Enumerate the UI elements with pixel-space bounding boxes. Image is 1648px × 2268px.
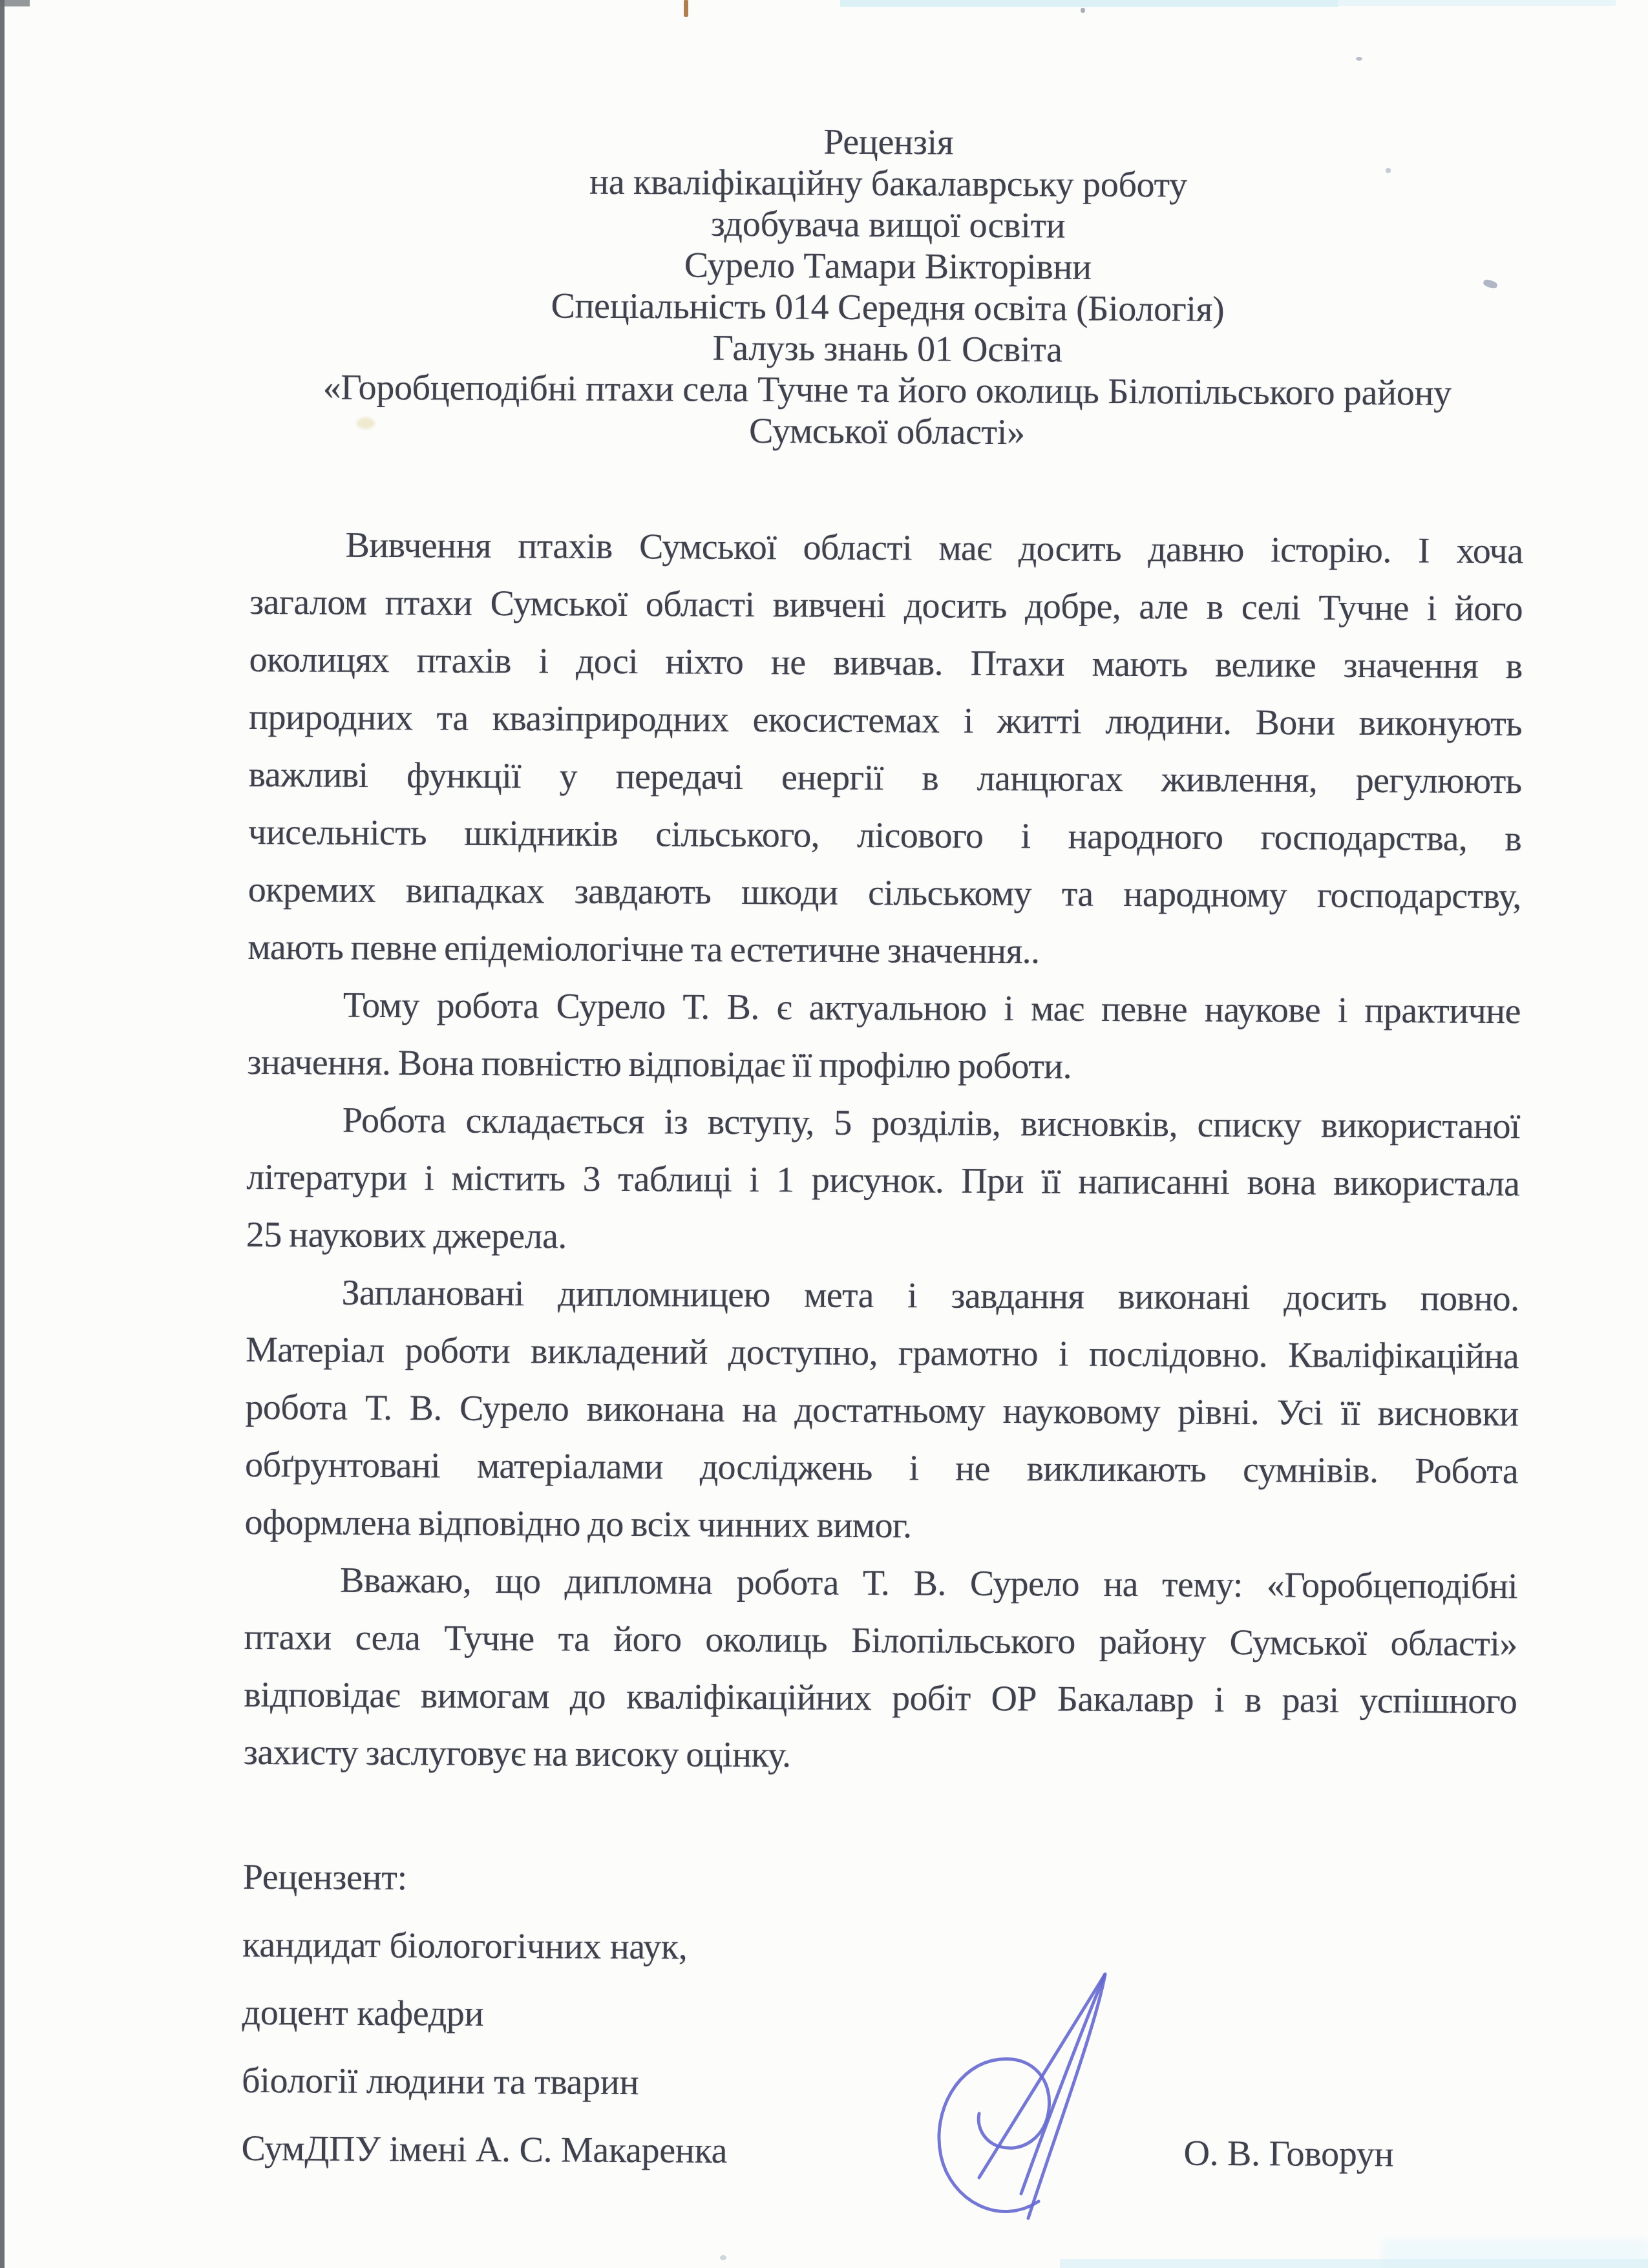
document-title-block: Рецензія на кваліфікаційну бакалаврську … <box>250 118 1525 456</box>
paragraph: Робота складається із вступу, 5 розділів… <box>246 1091 1520 1270</box>
title-line: Рецензія <box>252 118 1525 166</box>
text-line: значення. Вона повністю відповідає її пр… <box>247 1034 1520 1098</box>
text-line: Вважаю, що дипломна робота Т. В. Сурело … <box>244 1551 1517 1615</box>
text-line: Вивчення птахів Сумської області має дос… <box>249 516 1523 580</box>
text-line: птахи села Тучне та його околиць Білопіл… <box>244 1609 1517 1673</box>
scanner-band-top-2 <box>1338 0 1616 6</box>
scan-corner-mark <box>0 0 30 6</box>
text-line: важливі функції у передачі енергії в лан… <box>248 746 1521 810</box>
reviewer-university: СумДПУ імені А. С. Макаренка <box>241 2128 727 2171</box>
reviewer-position: доцент кафедри <box>242 1979 1516 2053</box>
text-line: чисельність шкідників сільського, лісово… <box>248 804 1521 868</box>
signature-block: Рецензент: кандидат біологогічних наук, … <box>241 1843 1516 2189</box>
paragraph: Тому робота Сурело Т. В. є актуальною і … <box>247 976 1521 1098</box>
title-line: на кваліфікаційну бакалаврську роботу <box>251 160 1525 207</box>
document-content: Рецензія на кваліфікаційну бакалаврську … <box>241 118 1525 2189</box>
handwritten-signature <box>902 1948 1173 2226</box>
title-line: здобувача вищої освіти <box>251 201 1525 249</box>
title-line-field: Галузь знань 01 Освіта <box>251 325 1524 373</box>
reviewer-label: Рецензент: <box>242 1843 1516 1918</box>
title-line-thesis-name: «Горобцеподібні птахи села Тучне та його… <box>251 366 1524 414</box>
text-line: робота Т. В. Сурело виконана на достатнь… <box>245 1379 1518 1443</box>
text-line: відповідає вимогам до кваліфікаційних ро… <box>244 1666 1517 1730</box>
text-line: околицях птахів і досі ніхто не вивчав. … <box>249 631 1522 695</box>
text-line: загалом птахи Сумської області вивчені д… <box>249 574 1523 638</box>
document-body: Вивчення птахів Сумської області має дос… <box>244 516 1523 1788</box>
scanner-band-top <box>840 0 1338 7</box>
paragraph: Вважаю, що дипломна робота Т. В. Сурело … <box>244 1551 1518 1788</box>
scan-edge-strip <box>0 0 5 2268</box>
scanned-review-page: Рецензія на кваліфікаційну бакалаврську … <box>0 0 1648 2268</box>
text-line: мають певне епідеміологічне та естетичне… <box>248 919 1521 983</box>
scanner-band-bottom <box>1060 2259 1648 2268</box>
title-line-student-name: Сурело Тамари Вікторівни <box>251 242 1525 290</box>
text-line: окремих випадках завдають шкоди сільсько… <box>248 861 1521 925</box>
text-line: Матеріал роботи викладений доступно, гра… <box>246 1321 1519 1385</box>
paragraph: Заплановані дипломницею мета і завдання … <box>244 1264 1519 1558</box>
scan-speck <box>1356 57 1362 61</box>
text-line: літератури і містить 3 таблиці і 1 рисун… <box>246 1149 1519 1213</box>
reviewer-name: О. В. Говорун <box>1183 2120 1393 2189</box>
scanner-band-bottom-2 <box>1383 2240 1648 2268</box>
text-line: Заплановані дипломницею мета і завдання … <box>246 1264 1519 1328</box>
scan-speck <box>720 2255 726 2260</box>
reviewer-degree: кандидат біологогічних наук, <box>242 1911 1516 1986</box>
text-line: 25 наукових джерела. <box>246 1206 1519 1270</box>
text-line: Тому робота Сурело Т. В. є актуальною і … <box>248 976 1521 1040</box>
paragraph: Вивчення птахів Сумської області має дос… <box>248 516 1523 983</box>
text-line: захисту заслуговує на високу оцінку. <box>244 1724 1517 1788</box>
title-line-specialty: Спеціальність 014 Середня освіта (Біолог… <box>251 284 1524 331</box>
title-line-thesis-name: Сумської області» <box>250 408 1523 456</box>
signature-row: СумДПУ імені А. С. Макаренка О. В. Говор… <box>241 2115 1515 2189</box>
text-line: оформлена відповідно до всіх чинних вимо… <box>244 1494 1517 1558</box>
reviewer-department: біології людини та тварин <box>242 2047 1516 2121</box>
text-line: природних та квазіприродних екосистемах … <box>249 689 1522 753</box>
text-line: обґрунтовані матеріалами досліджень і не… <box>245 1436 1518 1500</box>
text-line: Робота складається із вступу, 5 розділів… <box>247 1091 1520 1155</box>
scan-tick-artifact <box>684 0 688 17</box>
scan-speck <box>1081 8 1085 13</box>
